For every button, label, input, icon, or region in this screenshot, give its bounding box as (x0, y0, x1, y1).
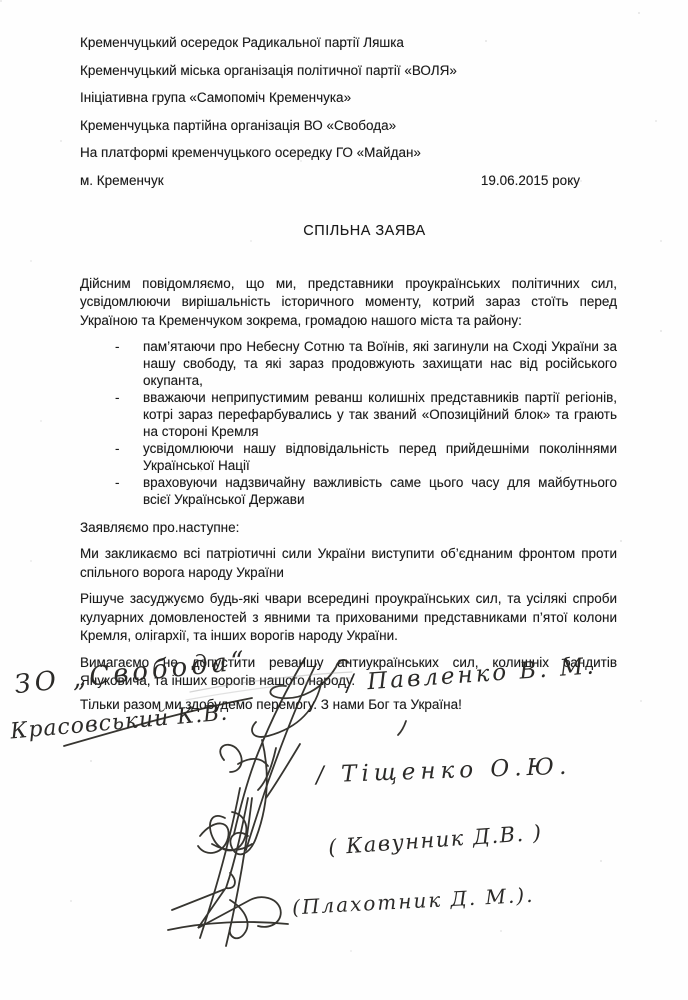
bullet-item-importance: враховуючи надзвичайну важливість саме ц… (143, 474, 617, 508)
signature-comma-mark (398, 721, 406, 735)
bullet-item-revanche: вважаючи неприпустимим реванш колишніх п… (143, 389, 617, 440)
statement-lead: Заявляємо про.наступне: (80, 521, 617, 535)
intro-paragraph: Дійсним повідомляємо, що ми, представник… (80, 275, 617, 331)
signature-scribbles (0, 648, 688, 1000)
signature-block: ЗО „Свобода“ Красовський К.В. / Павленко… (0, 648, 688, 1000)
paragraph-condemn: Рішуче засуджуємо будь-які чвари всереди… (80, 590, 617, 646)
bullet-list: пам’ятаючи про Небесну Сотню та Воїнів, … (80, 338, 617, 508)
document-content: Кременчуцький осередок Радикальної парті… (80, 36, 617, 712)
org-line-volya: Кременчуцький міська організація політич… (80, 64, 617, 78)
org-line-samopomich: Ініціативна група «Самопоміч Кременчука» (80, 91, 617, 105)
city-date-row: м. Кременчук 19.06.2015 року (80, 174, 617, 188)
document-title: СПІЛЬНА ЗАЯВА (96, 224, 633, 239)
scan-noise-speckles (0, 0, 2, 2)
paragraph-call-to-unite: Ми закликаємо всі патріотичні сили Украї… (80, 545, 617, 582)
org-line-maidan: На платформі кременчуцького осередку ГО … (80, 146, 617, 160)
bullet-item-heavenly-hundred: пам’ятаючи про Небесну Сотню та Воїнів, … (143, 338, 617, 389)
date-label: 19.06.2015 року (481, 174, 580, 188)
bullet-item-responsibility: усвідомлюючи нашу відповідальність перед… (143, 440, 617, 474)
signature-scribble-tishchenko-1 (220, 745, 241, 772)
signature-scribble-left-stroke-3 (230, 740, 266, 854)
city-label: м. Кременчук (80, 174, 164, 188)
signature-scribble-kavunnyk-slash (226, 798, 248, 888)
scanned-document-page: Кременчуцький осередок Радикальної парті… (0, 0, 688, 1000)
org-line-svoboda: Кременчуцька партійна організація ВО «Св… (80, 119, 617, 133)
document-header: Кременчуцький осередок Радикальної парті… (80, 36, 617, 188)
org-line-radical-party: Кременчуцький осередок Радикальної парті… (80, 36, 617, 50)
